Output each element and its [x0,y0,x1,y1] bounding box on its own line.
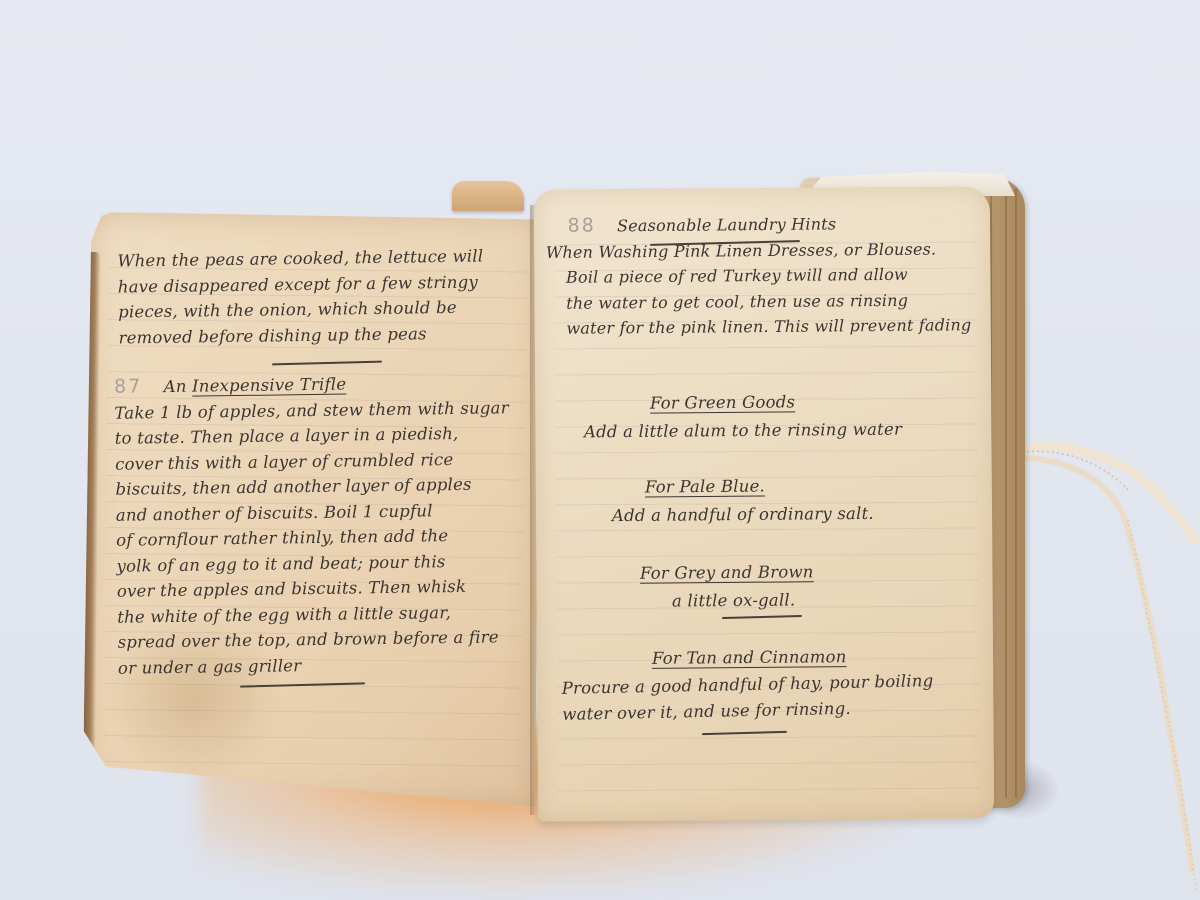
green-goods-text: Add a little alum to the rinsing water [584,417,902,445]
pale-blue-text: Add a handful of ordinary salt. [612,501,874,529]
page-number: 88 [567,215,595,237]
recipe-title-prefix: An [164,377,187,396]
page-number: 87 [114,375,142,397]
text-line: Add a little alum to the rinsing water [584,417,902,445]
bookmark-tab [452,181,524,211]
text-line: removed before dishing up the peas [118,320,484,351]
text-line: Boil a piece of red Turkey twill and all… [566,261,971,290]
green-goods-section: For Green Goods [650,389,795,416]
grey-brown-text: a little ox-gall. [672,587,796,614]
section-heading: For Grey and Brown [640,559,814,586]
frayed-ribbon [1010,430,1200,900]
text-line: the water to get cool, then use as rinsi… [566,287,971,316]
section-heading: For Tan and Cinnamon [652,644,847,671]
recipe-block: 87 An Inexpensive Trifle Take 1 lb of ap… [114,369,513,680]
section-heading: For Green Goods [650,389,795,416]
text-line: pieces, with the onion, which should be [118,294,484,325]
laundry-heading: 88 Seasonable Laundry Hints [565,210,970,239]
recipe-title: Inexpensive Trifle [192,375,346,396]
right-page-text: 88 Seasonable Laundry Hints When Washing… [565,210,971,341]
text-line: water for the pink linen. This will prev… [566,312,971,341]
pale-blue-section: For Pale Blue. [645,473,765,500]
text-line: Add a handful of ordinary salt. [612,501,874,529]
photo-scene: When the peas are cooked, the lettuce wi… [0,0,1200,900]
tan-cinnamon-section: For Tan and Cinnamon [652,644,847,671]
tan-cinnamon-text: Procure a good handful of hay, pour boil… [562,668,935,727]
section-heading: For Pale Blue. [645,473,765,500]
text-line: a little ox-gall. [672,587,796,614]
grey-brown-section: For Grey and Brown [640,559,814,586]
laundry-title: Seasonable Laundry Hints [617,214,836,235]
left-page-text: When the peas are cooked, the lettuce wi… [117,243,484,350]
